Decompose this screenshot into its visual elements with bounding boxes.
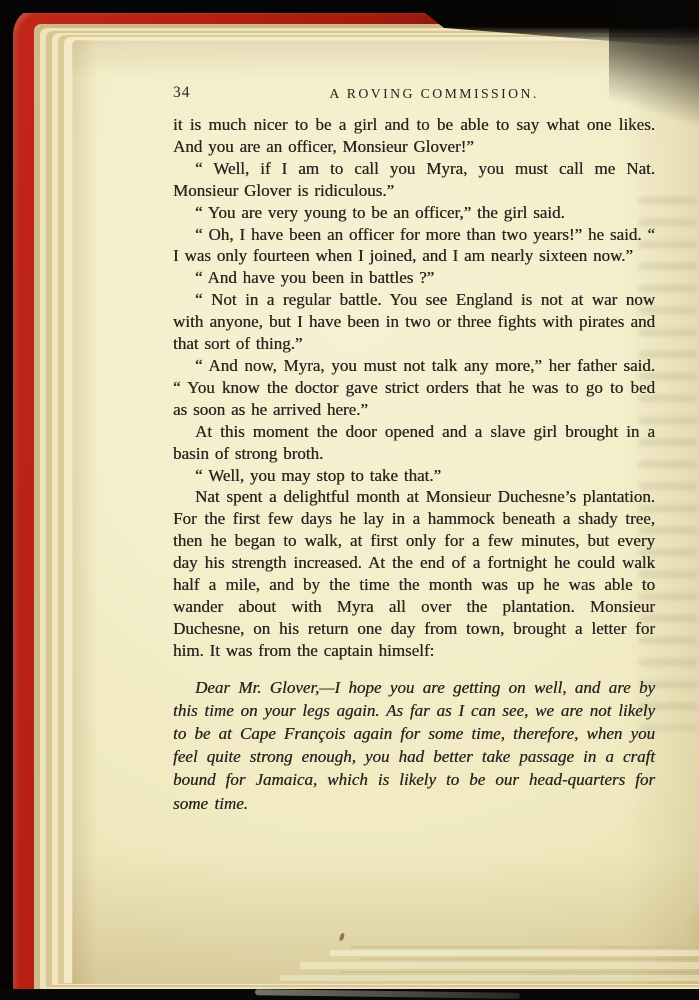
paragraph: “ And have you been in battles ?” [173,267,655,289]
page-content: 34 A ROVING COMMISSION. it is much nicer… [72,40,699,984]
paragraph: it is much nicer to be a girl and to be … [173,114,655,158]
letter-paragraph: Dear Mr. Glover,—I hope you are getting … [173,676,655,815]
paragraph: Nat spent a delightful month at Monsieur… [173,486,655,661]
paragraph: At this moment the door opened and a sla… [173,421,655,465]
paragraph: “ Well, if I am to call you Myra, you mu… [173,158,655,202]
paragraph: “ Not in a regular battle. You see Engla… [173,289,655,355]
paragraph: “ Oh, I have been an officer for more th… [173,224,655,268]
running-title: A ROVING COMMISSION. [193,86,675,102]
body-text: it is much nicer to be a girl and to be … [173,114,655,815]
paragraph: “ And now, Myra, you must not talk any m… [173,355,655,421]
paragraph: “ Well, you may stop to take that.” [173,465,655,487]
paragraph: “ You are very young to be an officer,” … [173,202,655,224]
page-number: 34 [173,84,191,102]
book-photograph: 34 A ROVING COMMISSION. it is much nicer… [0,0,699,1000]
